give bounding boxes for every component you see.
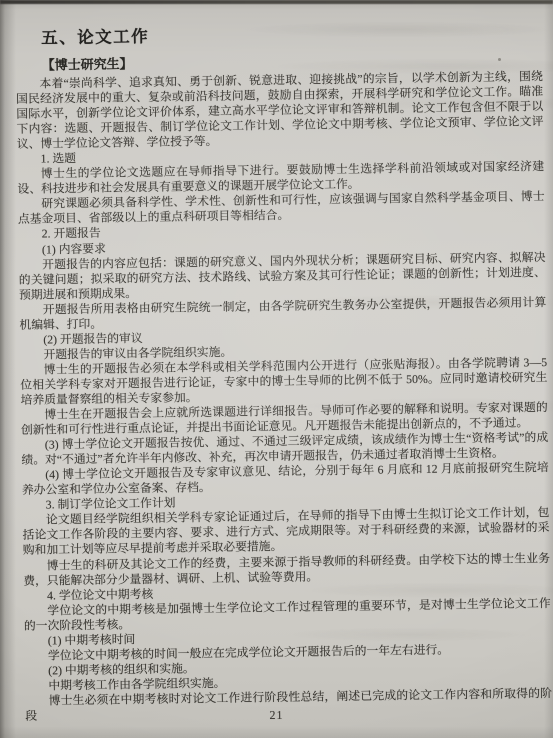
paper-speck bbox=[498, 58, 501, 61]
paragraph: 博士生的开题报告必须在本学科或相关学科范围内公开进行（应张贴海报）。由各学院聘请… bbox=[20, 355, 548, 408]
document-photo: 五、论文工作 【博士研究生】 本着“崇尚科学、追求真知、勇于创新、锐意进取、迎接… bbox=[0, 0, 553, 738]
paragraph: 本着“崇尚科学、追求真知、勇于创新、锐意进取、迎接挑战”的宗旨，以学术创新为主线… bbox=[16, 69, 544, 152]
paragraph: 论文题目经学院组织相关学科专家论证通过后，在导师的指导下由博士生拟订论文工作计划… bbox=[22, 505, 550, 558]
page-top-edge bbox=[0, 0, 553, 4]
page-content: 五、论文工作 【博士研究生】 本着“崇尚科学、追求真知、勇于创新、锐意进取、迎接… bbox=[15, 17, 552, 724]
paragraph: 开题报告的内容应包括：课题的研究意义、国内外现状分析；课题研究目标、研究内容、拟… bbox=[18, 250, 546, 303]
section-heading: 五、论文工作 bbox=[41, 17, 542, 48]
